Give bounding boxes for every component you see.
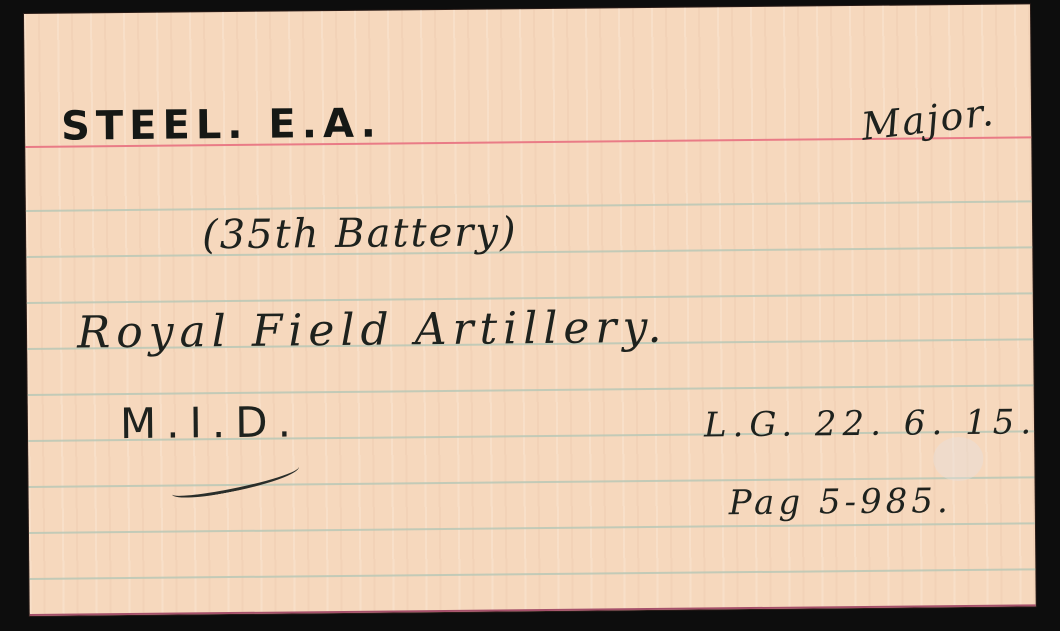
battery-unit: (35th Battery) [202,209,518,258]
london-gazette-date: L.G. 22. 6. 15. [704,402,1038,445]
regiment: Royal Field Artillery. [77,302,668,359]
ruled-line [29,522,1035,534]
gazette-page-reference: Pag 5-985. [729,481,952,523]
ruled-line [26,200,1032,212]
index-card: STEEL. E.A. Major. (35th Battery) Royal … [24,4,1036,616]
award-underline-stroke [170,458,302,502]
surname-initials: STEEL. E.A. [61,101,382,150]
rank: Major. [859,90,997,149]
faded-stamp-mark [933,437,983,481]
ruled-line [29,568,1035,580]
ruled-line [28,384,1034,396]
ruled-line [26,246,1032,258]
award: M.I.D. [120,397,301,448]
